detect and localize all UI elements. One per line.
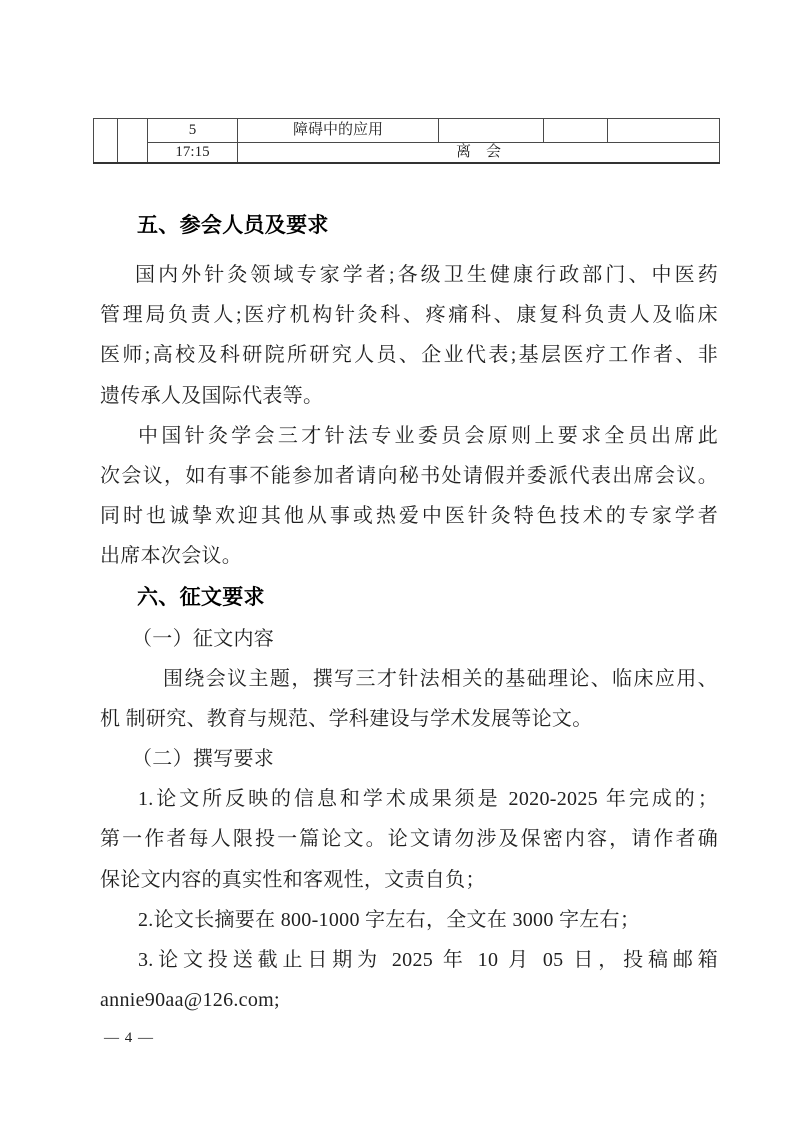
table-cell-empty1: [439, 119, 544, 143]
paragraph-line: 机 制研究、教育与规范、学科建设与学术发展等论文。: [100, 699, 718, 739]
paragraph-line: 同时也诚挚欢迎其他从事或热爱中医针灸特色技术的专家学者: [100, 496, 718, 536]
section-heading-6: 六、征文要求: [100, 577, 718, 619]
table-cell-empty2: [544, 119, 608, 143]
paragraph-line: 第一作者每人限投一篇论文。论文请勿涉及保密内容，请作者确: [100, 819, 718, 859]
table-cell-item-number: 5: [148, 119, 238, 143]
table-cell-merged-left1: [94, 119, 118, 164]
paragraph-line: 管理局负责人;医疗机构针灸科、疼痛科、康复科负责人及临床: [100, 295, 718, 335]
table-cell-empty3: [608, 119, 720, 143]
paragraph-line: 医师;高校及科研院所研究人员、企业代表;基层医疗工作者、非: [100, 335, 718, 375]
paragraph-line: 3.论文投送截止日期为 2025 年 10 月 05 日，投稿邮箱: [100, 940, 718, 980]
section-heading-5: 五、参会人员及要求: [100, 205, 718, 247]
paragraph-line: 遗传承人及国际代表等。: [100, 376, 718, 416]
page-number: — 4 —: [104, 1030, 154, 1047]
paragraph-line: 2.论文长摘要在 800-1000 字左右，全文在 3000 字左右；: [100, 900, 718, 940]
paragraph-line: 次会议，如有事不能参加者请向秘书处请假并委派代表出席会议。: [100, 456, 718, 496]
document-page: 5 障碍中的应用 17:15 离 会 五、参会人员及要求 国内外针灸领域专家学者…: [0, 0, 800, 1131]
subsection-heading: （二）撰写要求: [100, 739, 718, 779]
paragraph-line: 国内外针灸领域专家学者;各级卫生健康行政部门、中医药: [100, 255, 718, 295]
schedule-table: 5 障碍中的应用 17:15 离 会: [93, 118, 720, 164]
table-cell-merged-left2: [118, 119, 148, 164]
subsection-heading: （一）征文内容: [100, 619, 718, 659]
paragraph-line: 中国针灸学会三才针法专业委员会原则上要求全员出席此: [100, 416, 718, 456]
table-cell-topic-continued: 障碍中的应用: [238, 119, 439, 143]
table-cell-time: 17:15: [148, 143, 238, 164]
paragraph-line: 保论文内容的真实性和客观性，文责自负；: [100, 860, 718, 900]
paragraph-line: annie90aa@126.com;: [100, 980, 718, 1020]
document-body: 五、参会人员及要求 国内外针灸领域专家学者;各级卫生健康行政部门、中医药 管理局…: [100, 205, 718, 1020]
paragraph-line: 围绕会议主题，撰写三才针法相关的基础理论、临床应用、: [100, 659, 718, 699]
paragraph-line: 出席本次会议。: [100, 536, 718, 576]
paragraph-line: 1.论文所反映的信息和学术成果须是 2020-2025 年完成的；: [100, 779, 718, 819]
table-cell-event: 离 会: [238, 143, 720, 164]
